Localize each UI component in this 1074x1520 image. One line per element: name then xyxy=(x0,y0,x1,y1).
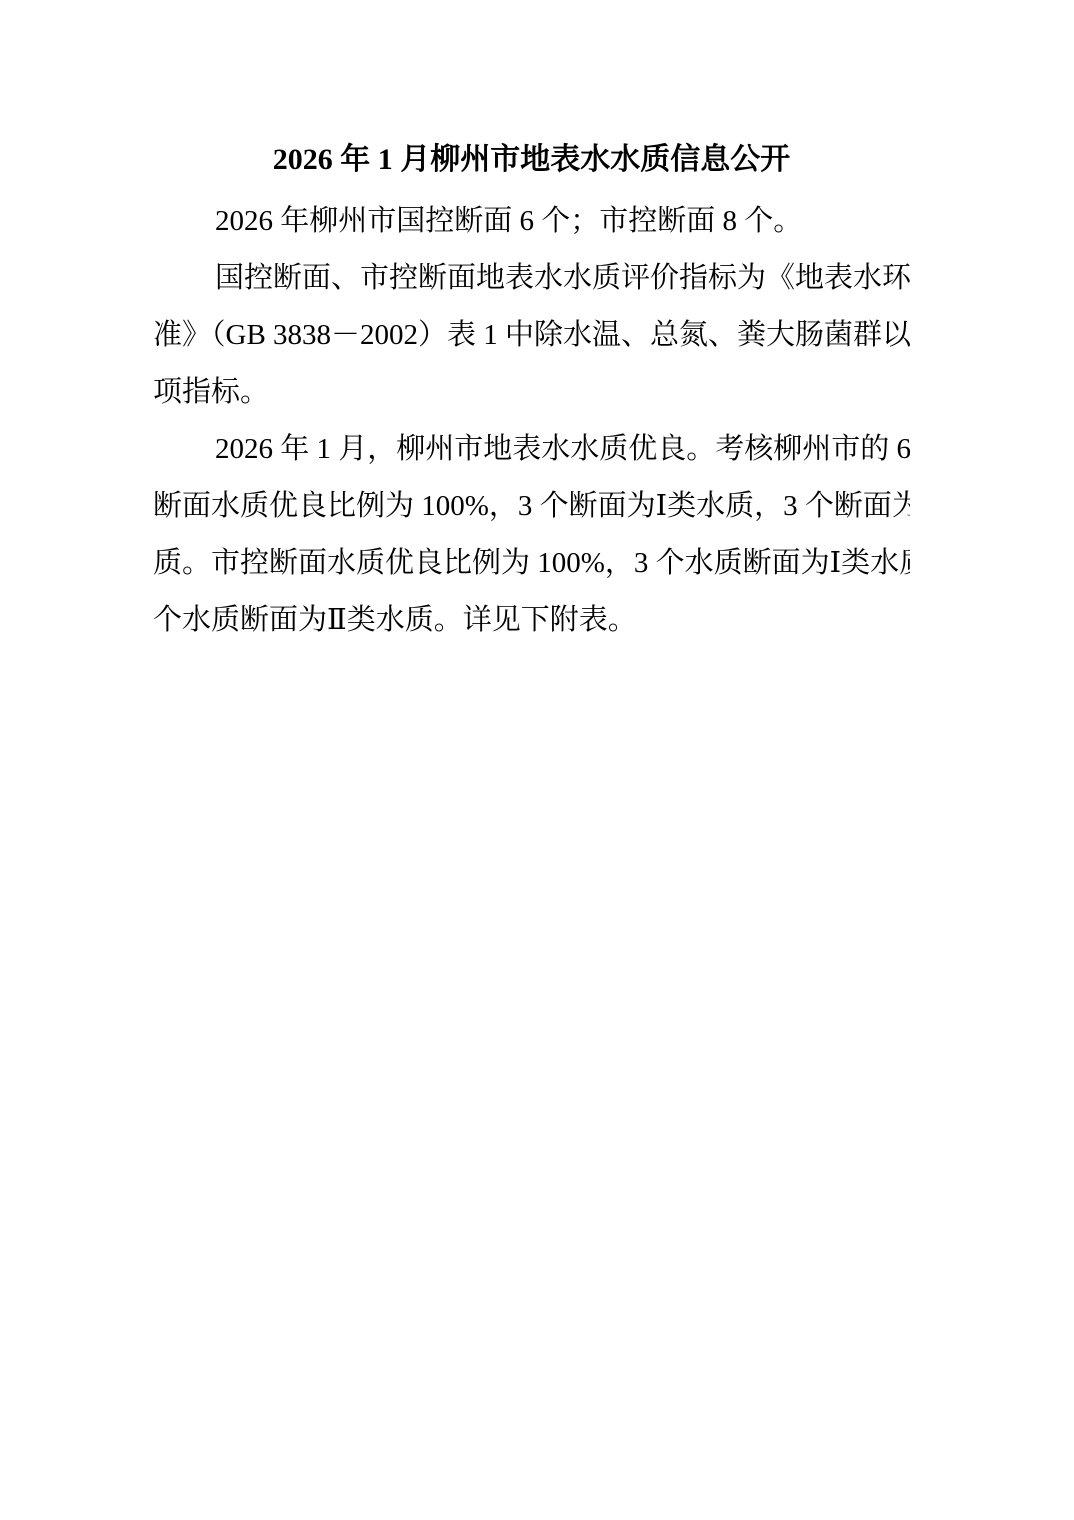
text-line: 项指标。 xyxy=(153,364,910,421)
text-line: 2026 年 1 月，柳州市地表水水质优良。考核柳州市的 6 个国控 xyxy=(153,421,910,478)
text-line: 断面水质优良比例为 100%，3 个断面为Ⅰ类水质，3 个断面为Ⅱ类水 xyxy=(153,478,910,535)
text-line: 个水质断面为Ⅱ类水质。详见下附表。 xyxy=(153,592,910,649)
text-line: 准》（GB 3838－2002）表 1 中除水温、总氮、粪大肠菌群以外的 21 xyxy=(153,307,910,364)
paragraph-2: 国控断面、市控断面地表水水质评价指标为《地表水环境质量标 准》（GB 3838－… xyxy=(153,250,910,421)
text-line: 质。市控断面水质优良比例为 100%，3 个水质断面为Ⅰ类水质，5 xyxy=(153,535,910,592)
document-title: 2026 年 1 月柳州市地表水水质信息公开 xyxy=(153,131,910,188)
text-line: 国控断面、市控断面地表水水质评价指标为《地表水环境质量标 xyxy=(153,250,910,307)
text-line: 2026 年柳州市国控断面 6 个；市控断面 8 个。 xyxy=(153,193,910,250)
document-page: 2026 年 1 月柳州市地表水水质信息公开 2026 年柳州市国控断面 6 个… xyxy=(0,0,1074,1520)
paragraph-1: 2026 年柳州市国控断面 6 个；市控断面 8 个。 xyxy=(153,193,910,250)
paragraph-3: 2026 年 1 月，柳州市地表水水质优良。考核柳州市的 6 个国控 断面水质优… xyxy=(153,421,910,649)
